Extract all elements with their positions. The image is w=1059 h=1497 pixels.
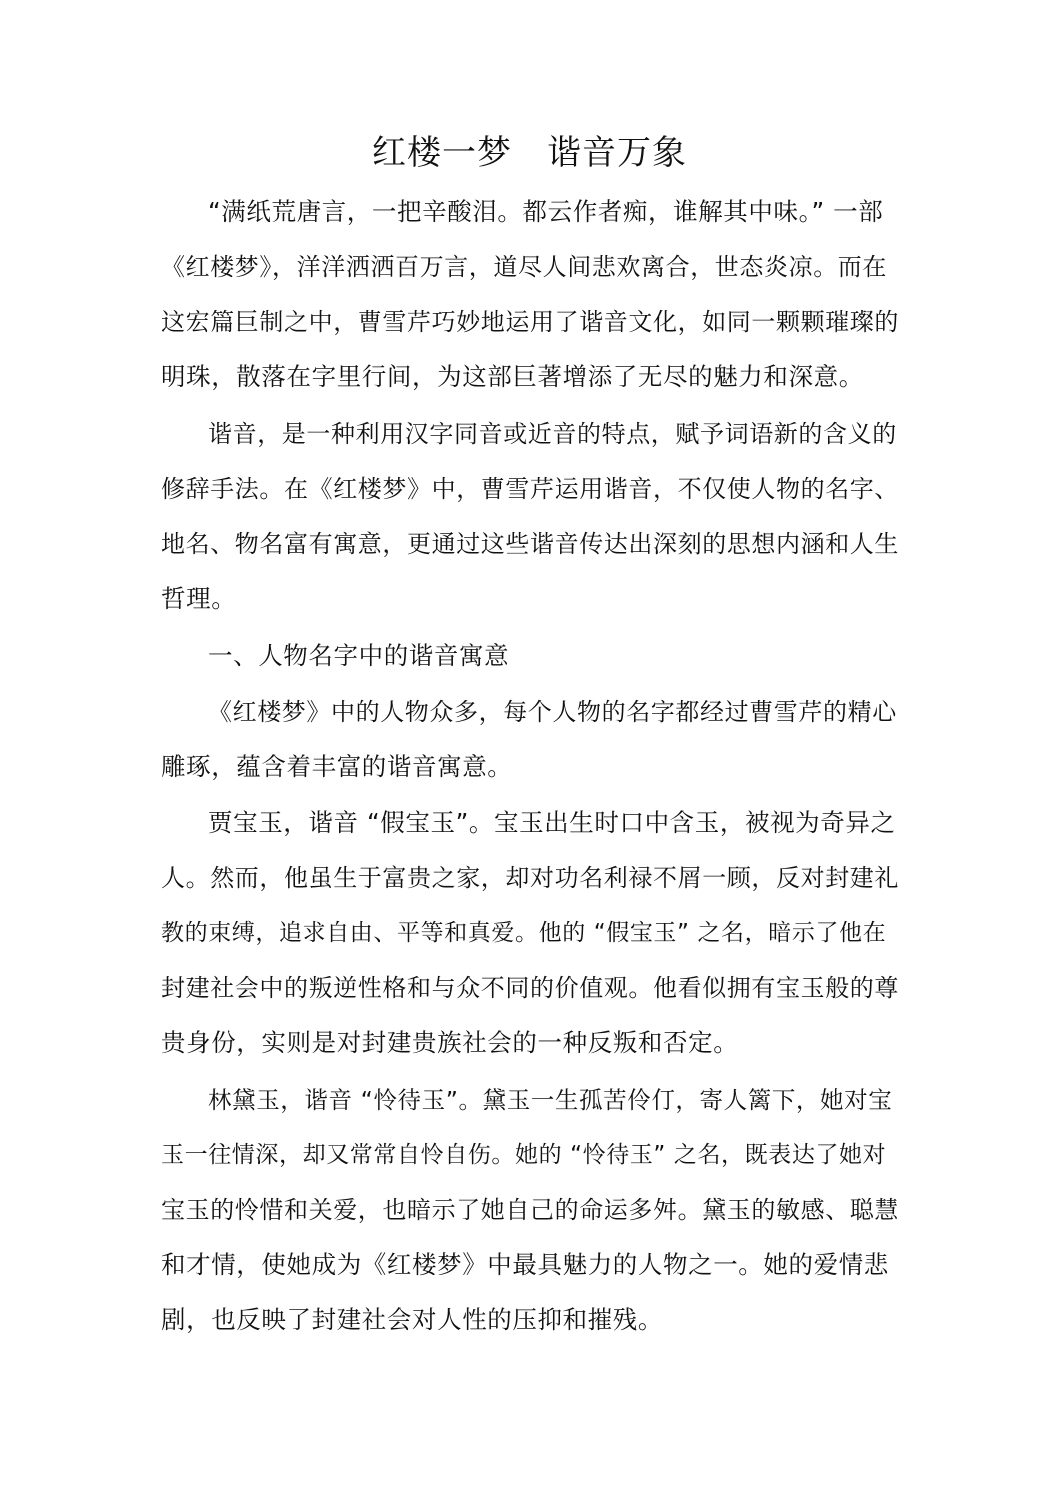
- text-line: 宝玉的怜惜和关爱，也暗示了她自己的命运多舛。黛玉的敏感、聪慧: [161, 1193, 899, 1227]
- text-line: 贵身份，实则是对封建贵族社会的一种反叛和否定。: [161, 1026, 738, 1060]
- text-line: “满纸荒唐言，一把辛酸泪。都云作者痴，谁解其中味。” 一部: [208, 195, 883, 229]
- text-line: 地名、物名富有寓意，更通过这些谐音传达出深刻的思想内涵和人生: [161, 527, 899, 561]
- document-page: 红楼一梦 谐音万象 “满纸荒唐言，一把辛酸泪。都云作者痴，谁解其中味。” 一部《…: [0, 0, 1059, 1497]
- text-line: 一、人物名字中的谐音寓意: [208, 639, 509, 673]
- text-line: 哲理。: [161, 582, 236, 616]
- text-line: 林黛玉，谐音 “怜待玉”。黛玉一生孤苦伶仃，寄人篱下，她对宝: [208, 1083, 892, 1117]
- text-line: 《红楼梦》中的人物众多，每个人物的名字都经过曹雪芹的精心: [208, 695, 897, 729]
- text-line: 人。然而，他虽生于富贵之家，却对功名利禄不屑一顾，反对封建礼: [161, 861, 899, 895]
- text-line: 谐音，是一种利用汉字同音或近音的特点，赋予词语新的含义的: [208, 417, 897, 451]
- text-line: 封建社会中的叛逆性格和与众不同的价值观。他看似拥有宝玉般的尊: [161, 971, 899, 1005]
- text-line: 剧，也反映了封建社会对人性的压抑和摧残。: [161, 1303, 663, 1337]
- text-line: 《红楼梦》，洋洋洒洒百万言，道尽人间悲欢离合，世态炎凉。而在: [161, 250, 887, 284]
- text-line: 和才情，使她成为《红楼梦》中最具魅力的人物之一。她的爱情悲: [161, 1248, 889, 1282]
- text-line: 玉一往情深，却又常常自怜自伤。她的 “怜待玉” 之名，既表达了她对: [161, 1138, 886, 1172]
- document-title: 红楼一梦 谐音万象: [0, 128, 1059, 178]
- text-line: 雕琢，蕴含着丰富的谐音寓意。: [161, 750, 512, 784]
- text-line: 教的束缚，追求自由、平等和真爱。他的 “假宝玉” 之名，暗示了他在: [161, 916, 886, 950]
- text-line: 修辞手法。在《红楼梦》中，曹雪芹运用谐音，不仅使人物的名字、: [161, 472, 899, 506]
- text-line: 明珠，散落在字里行间，为这部巨著增添了无尽的魅力和深意。: [161, 360, 864, 394]
- text-line: 贾宝玉，谐音 “假宝玉”。宝玉出生时口中含玉，被视为奇异之: [208, 806, 896, 840]
- text-line: 这宏篇巨制之中，曹雪芹巧妙地运用了谐音文化，如同一颗颗璀璨的: [161, 305, 899, 339]
